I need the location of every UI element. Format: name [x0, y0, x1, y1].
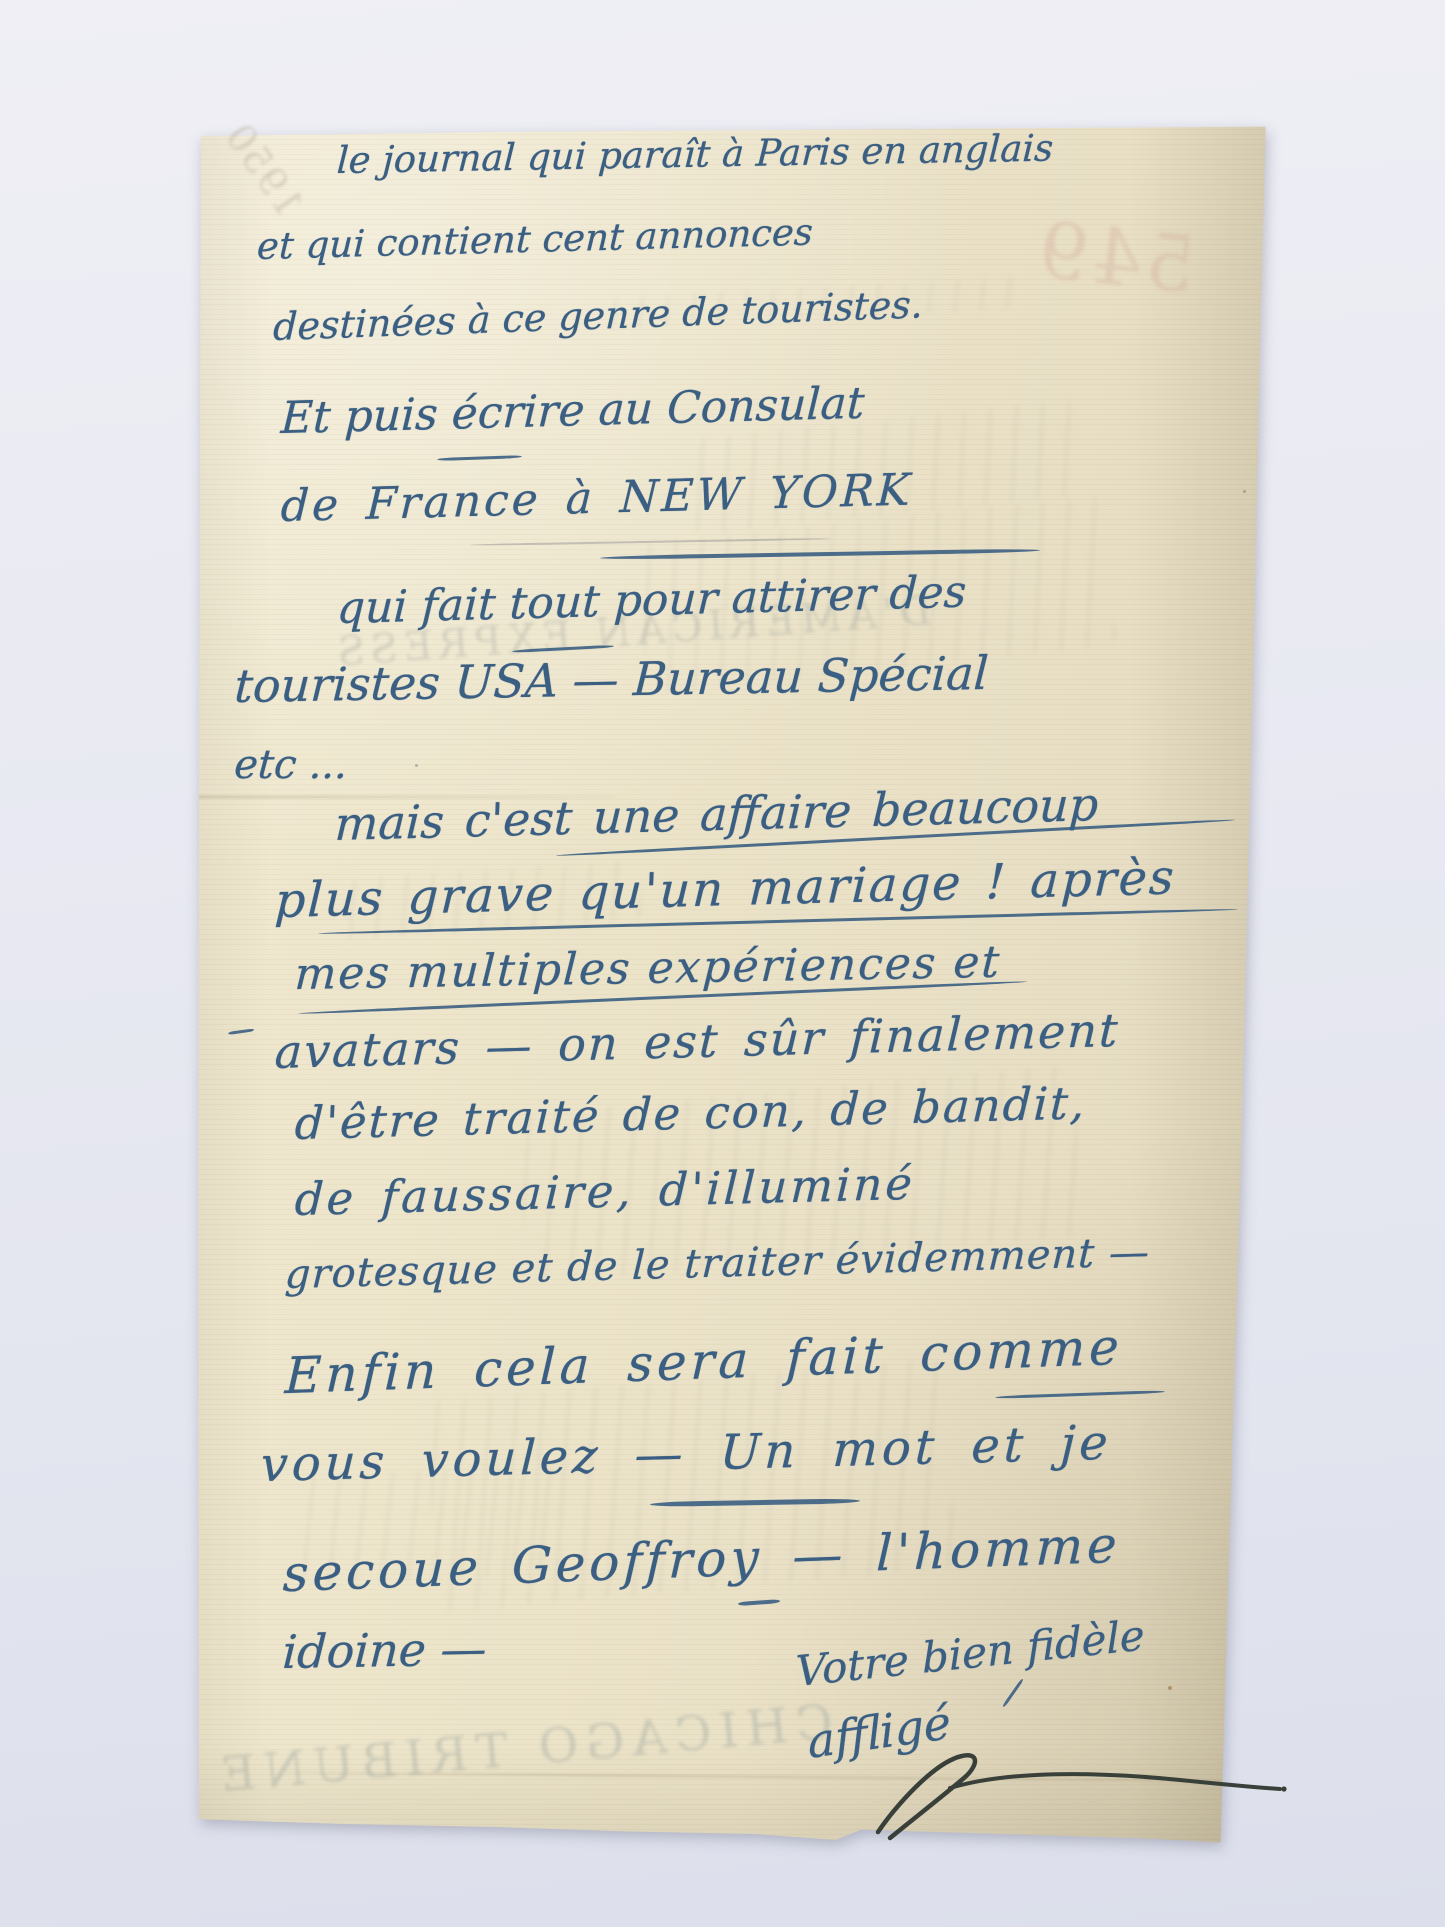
paper-speck	[415, 764, 418, 767]
signature-flourish	[850, 1742, 1290, 1842]
paper-speck	[1168, 1686, 1172, 1690]
letter-paper	[195, 124, 1270, 1846]
paper-speck	[1243, 490, 1246, 493]
letter-paper-wrap	[0, 0, 1445, 1927]
photo-background: 549D'AMERICAN EXPRESSCHICAGO TRIBUNE1950…	[0, 0, 1445, 1927]
fold-crease	[195, 796, 615, 798]
